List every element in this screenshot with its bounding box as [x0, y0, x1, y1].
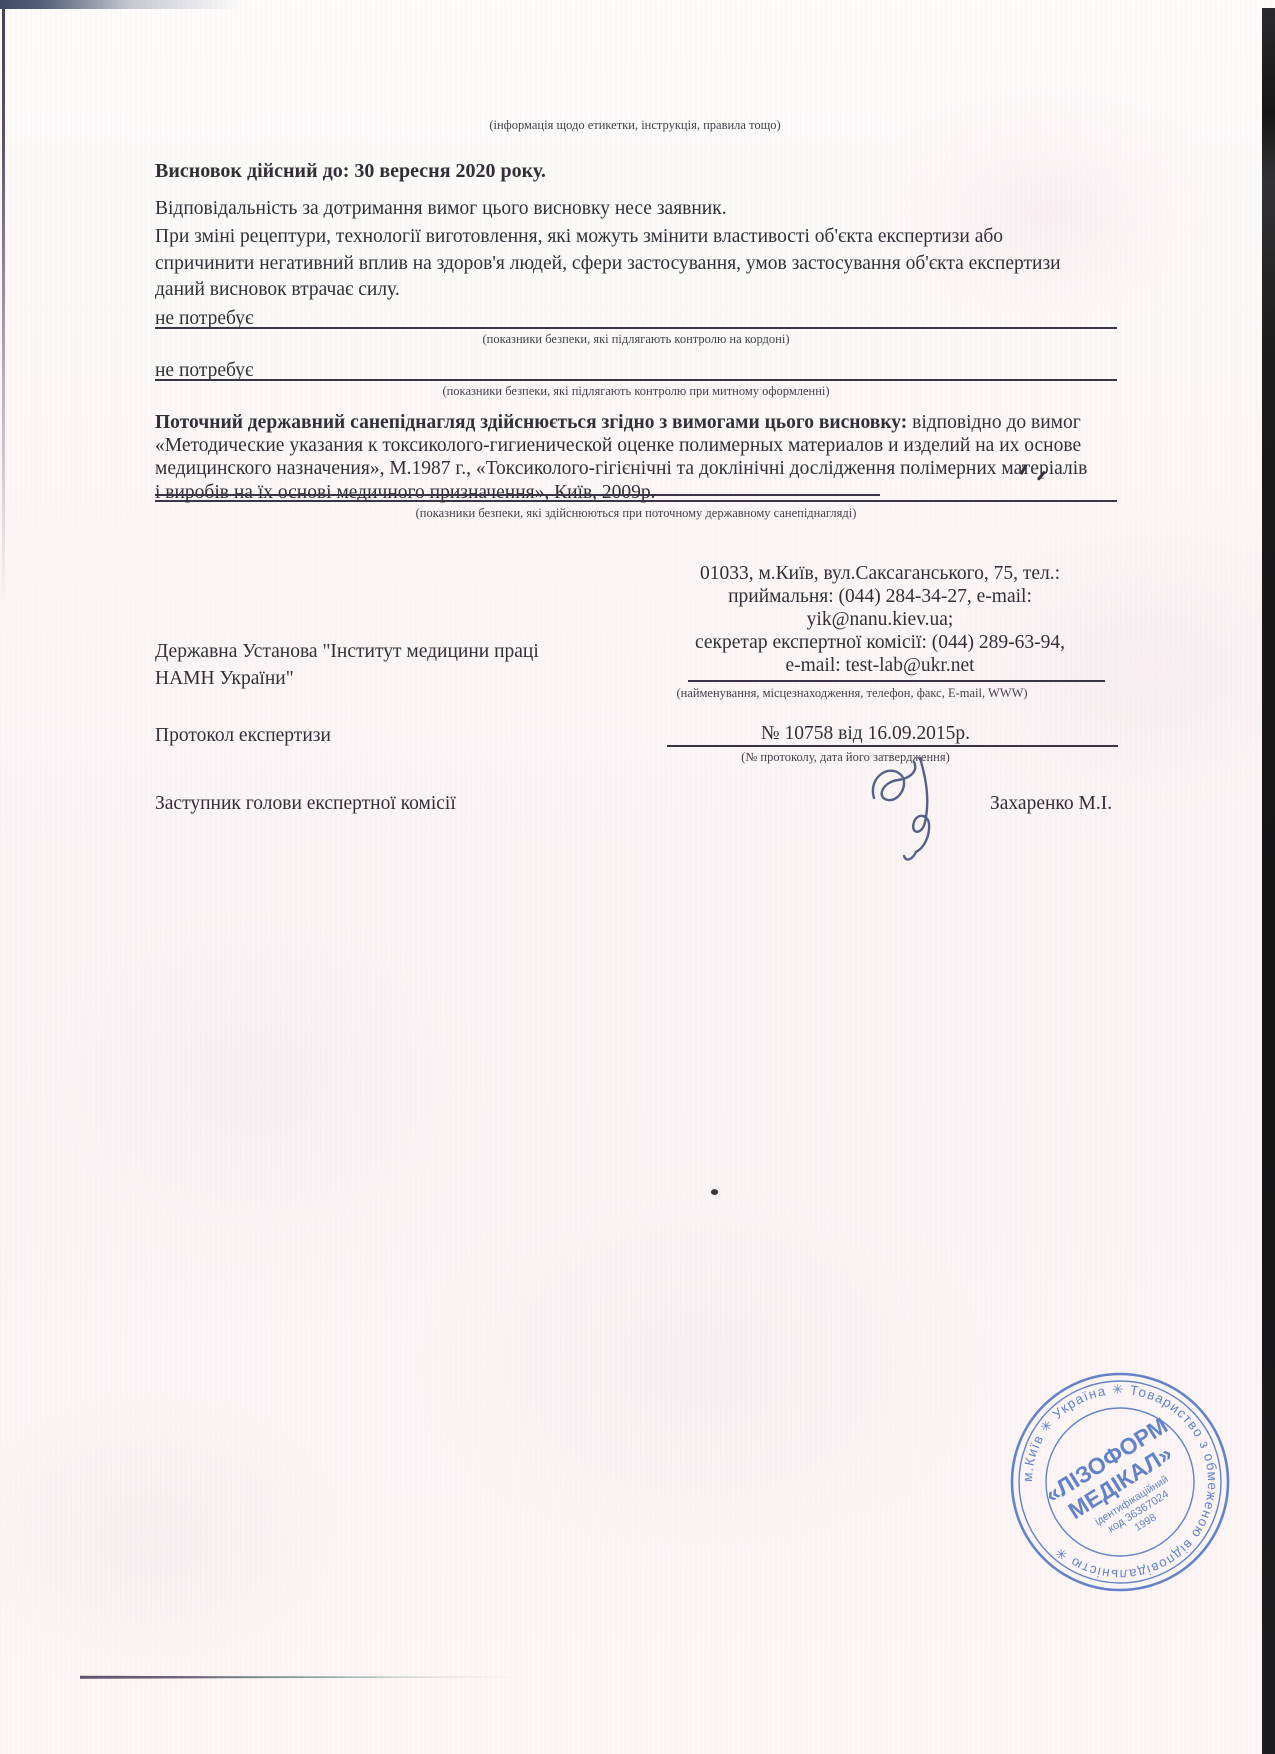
- surveillance-caption: (показники безпеки, які здійснюються при…: [155, 506, 1117, 521]
- surveillance-line: медицинского назначения», М.1987 г., «То…: [155, 457, 1087, 480]
- organization-name: Державна Установа "Інститут медицини пра…: [155, 638, 585, 692]
- surveillance-lead-rest: відповідно до вимог: [912, 412, 1081, 433]
- expert-org-contact-block: 01033, м.Київ, вул.Саксаганського, 75, т…: [645, 562, 1115, 677]
- change-clause-line: При зміні рецептури, технології виготовл…: [155, 224, 1061, 251]
- protocol-underline: [667, 745, 1118, 747]
- border-control-caption: (показники безпеки, які підлягають контр…: [155, 332, 1117, 347]
- expert-org-underline: [688, 680, 1105, 682]
- ink-speck: [710, 1188, 719, 1196]
- signature-mark: [862, 752, 962, 870]
- protocol-caption: (№ протоколу, дата його затвердження): [620, 750, 1071, 765]
- customs-control-caption: (показники безпеки, які підлягають контр…: [155, 384, 1117, 399]
- contact-line: yik@nanu.kiev.ua;: [645, 608, 1115, 631]
- contact-line: секретар експертної комісії: (044) 289-6…: [645, 631, 1115, 654]
- signer-name: Захаренко М.І.: [990, 791, 1112, 817]
- expert-org-caption: (найменування, місцезнаходження, телефон…: [602, 686, 1102, 701]
- company-stamp: м.Київ ✳ Україна ✳ Товариство з обмежено…: [1005, 1370, 1235, 1594]
- surveillance-paragraph: Поточний державний санепіднагляд здійсню…: [155, 411, 1087, 504]
- customs-control-underline: [155, 379, 1117, 381]
- contact-line: e-mail: test-lab@ukr.net: [645, 654, 1115, 677]
- surveillance-lead-bold: Поточний державний санепіднагляд здійсню…: [155, 412, 907, 433]
- change-clause-line: даний висновок втрачає силу.: [155, 277, 1061, 304]
- validity-statement: Висновок дійсний до: 30 вересня 2020 рок…: [155, 158, 546, 184]
- change-clause-paragraph: При зміні рецептури, технології виготовл…: [155, 224, 1061, 304]
- scan-edge-top: [0, 0, 240, 9]
- surveillance-line: «Методические указания к токсиколого-гиг…: [155, 434, 1087, 457]
- signer-title: Заступник голови експертної комісії: [155, 791, 456, 817]
- contact-line: приймальня: (044) 284-34-27, e-mail:: [645, 585, 1115, 608]
- surveillance-underline-full: [155, 500, 1117, 502]
- protocol-label: Протокол експертизи: [155, 723, 331, 749]
- scan-edge-left: [2, 8, 5, 608]
- change-clause-line: спричинити негативний вплив на здоров'я …: [155, 251, 1061, 278]
- label-info-caption: (інформація щодо етикетки, інструкція, п…: [155, 118, 1115, 133]
- surveillance-underline-short: [155, 494, 880, 496]
- scanned-document-page: (інформація щодо етикетки, інструкція, п…: [0, 0, 1275, 1754]
- responsibility-statement: Відповідальність за дотримання вимог цьо…: [155, 196, 727, 222]
- border-control-underline: [155, 327, 1117, 329]
- surveillance-line: Поточний державний санепіднагляд здійсню…: [155, 411, 1087, 434]
- contact-line: 01033, м.Київ, вул.Саксаганського, 75, т…: [645, 562, 1115, 585]
- scan-artifact-line: [80, 1675, 525, 1679]
- scan-edge-right: [1262, 8, 1275, 1754]
- protocol-value: № 10758 від 16.09.2015р.: [640, 721, 1091, 747]
